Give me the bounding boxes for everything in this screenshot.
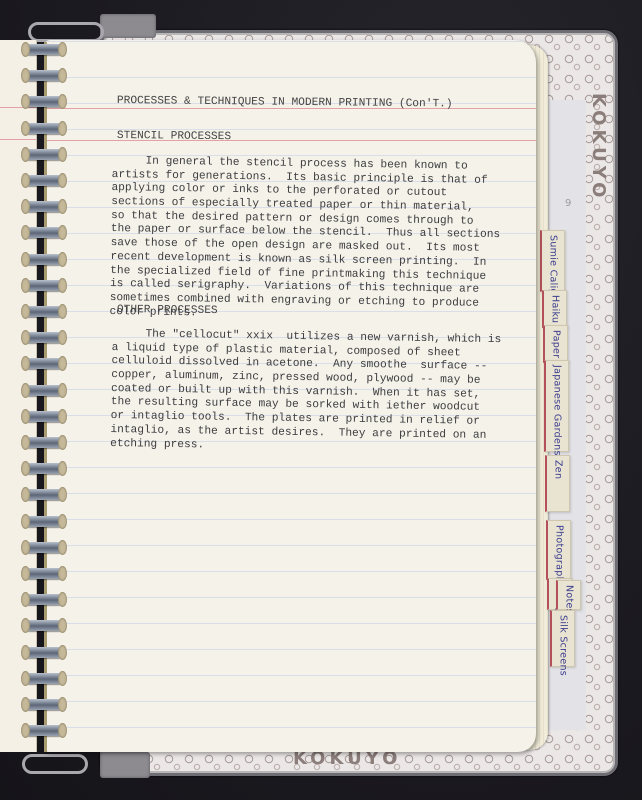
section-body-other: The "cellocut" xxix utilizes a new varni… (110, 328, 501, 457)
tab-japanese-gardens[interactable]: Japanese Gardens (544, 360, 569, 452)
bottom-clip (100, 752, 150, 778)
spiral-coil (24, 201, 64, 212)
spiral-coil (24, 516, 64, 527)
section-body-stencil: In general the stencil process has been … (109, 155, 501, 325)
spiral-coil (24, 673, 64, 684)
spiral-coil (24, 542, 64, 553)
spiral-coil (24, 568, 64, 579)
spiral-coil (24, 620, 64, 631)
spiral-coil (24, 358, 64, 369)
spiral-coil (24, 699, 64, 710)
spiral-coil (24, 44, 64, 55)
spiral-coil (24, 594, 64, 605)
spiral-coil (24, 175, 64, 186)
top-clip (100, 14, 156, 38)
tab-photography[interactable]: Photography (546, 520, 571, 580)
spiral-coil (24, 123, 64, 134)
spiral-coil (24, 306, 64, 317)
cover-brand-right: KOKUYO (588, 93, 609, 201)
spiral-coil (24, 254, 64, 265)
tab-notes[interactable]: Notes (556, 580, 581, 610)
spiral-binding (24, 42, 68, 752)
spiral-coil (24, 96, 64, 107)
pencil-mark: 9 (565, 198, 571, 209)
spiral-coil (24, 70, 64, 81)
spiral-coil (24, 725, 64, 736)
spiral-coil (24, 463, 64, 474)
tab-sumie-calligraphy[interactable]: Sumie Calig. (540, 230, 565, 292)
spiral-coil (24, 227, 64, 238)
spiral-coil (24, 385, 64, 396)
section-heading-stencil: STENCIL PROCESSES (117, 130, 231, 143)
tab-zen[interactable]: Zen (545, 455, 570, 512)
tab-paper[interactable]: Paper (543, 325, 568, 363)
spiral-coil (24, 489, 64, 500)
spiral-coil (24, 411, 64, 422)
bottom-ring-wire (22, 754, 88, 774)
spiral-coil (24, 332, 64, 343)
section-heading-other: OTHER PROCESSES (117, 304, 218, 317)
spiral-coil (24, 437, 64, 448)
tab-haiku[interactable]: Haiku (542, 290, 567, 328)
tab-silk-screens[interactable]: Silk Screens (550, 610, 575, 667)
spiral-coil (24, 647, 64, 658)
spiral-coil (24, 280, 64, 291)
top-ring-wire (28, 22, 104, 42)
spiral-coil (24, 149, 64, 160)
